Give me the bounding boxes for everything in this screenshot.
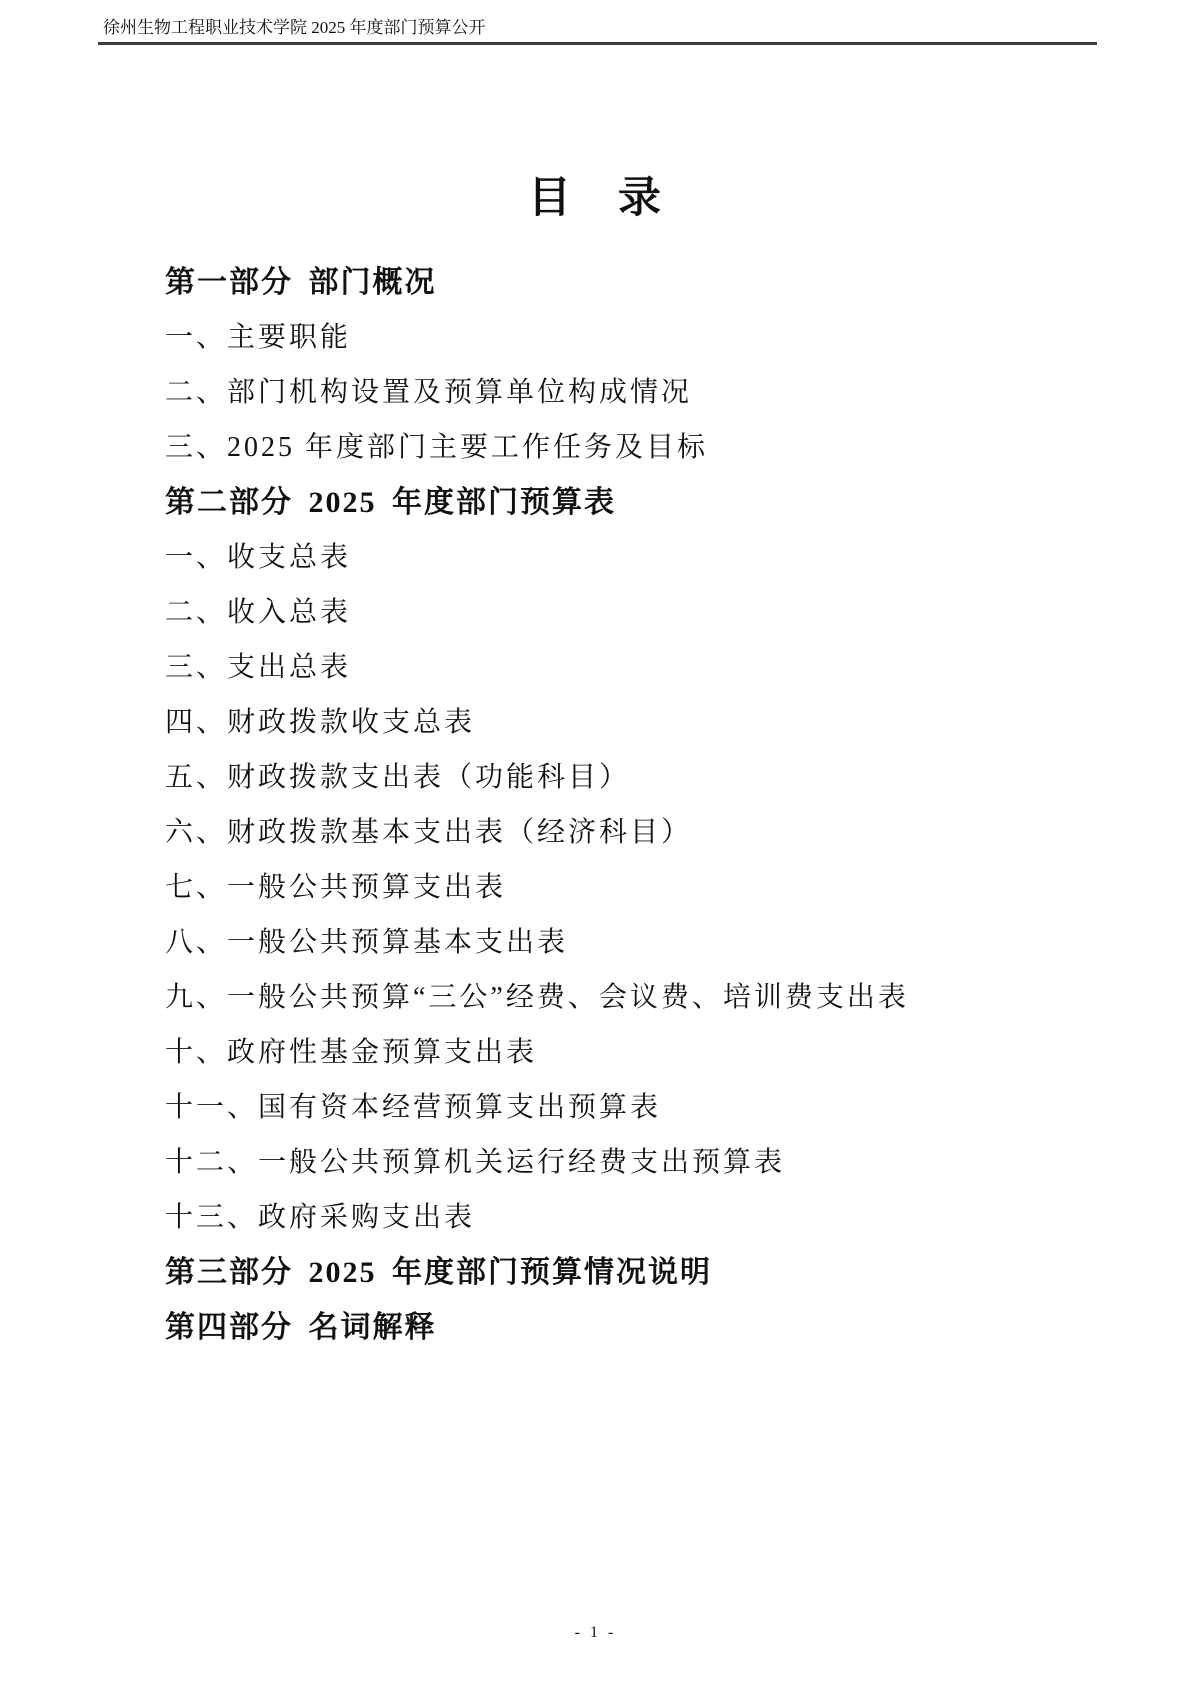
toc-entry: 四、财政拨款收支总表 xyxy=(165,695,1115,750)
toc-entry: 十三、政府采购支出表 xyxy=(165,1190,1115,1245)
toc-section-heading: 第二部分 2025 年度部门预算表 xyxy=(165,475,1115,530)
toc-entry: 七、一般公共预算支出表 xyxy=(165,860,1115,915)
toc-entry: 十、政府性基金预算支出表 xyxy=(165,1025,1115,1080)
toc-entry: 一、主要职能 xyxy=(165,310,1115,365)
toc-entry: 二、部门机构设置及预算单位构成情况 xyxy=(165,365,1115,420)
toc-entry: 九、一般公共预算“三公”经费、会议费、培训费支出表 xyxy=(165,970,1115,1025)
toc-entry: 三、支出总表 xyxy=(165,640,1115,695)
toc-entry: 一、收支总表 xyxy=(165,530,1115,585)
toc-entry: 二、收入总表 xyxy=(165,585,1115,640)
toc-entry: 六、财政拨款基本支出表（经济科目） xyxy=(165,805,1115,860)
toc-entry: 十二、一般公共预算机关运行经费支出预算表 xyxy=(165,1135,1115,1190)
page-footer: - 1 - xyxy=(0,1624,1191,1642)
toc-entry: 三、2025 年度部门主要工作任务及目标 xyxy=(165,420,1115,475)
toc-section-heading: 第一部分 部门概况 xyxy=(165,255,1115,310)
toc-entry: 十一、国有资本经营预算支出预算表 xyxy=(165,1080,1115,1135)
toc-section-heading: 第四部分 名词解释 xyxy=(165,1300,1115,1355)
toc-title: 目 录 xyxy=(0,168,1191,230)
document-page: 徐州生物工程职业技术学院 2025 年度部门预算公开 目 录 第一部分 部门概况… xyxy=(0,0,1191,1684)
page-number: - 1 - xyxy=(575,1624,617,1641)
toc-entry: 五、财政拨款支出表（功能科目） xyxy=(165,750,1115,805)
toc-section-heading: 第三部分 2025 年度部门预算情况说明 xyxy=(165,1245,1115,1300)
toc-entry: 八、一般公共预算基本支出表 xyxy=(165,915,1115,970)
page-header: 徐州生物工程职业技术学院 2025 年度部门预算公开 xyxy=(98,16,1097,45)
toc-list: 第一部分 部门概况一、主要职能二、部门机构设置及预算单位构成情况三、2025 年… xyxy=(165,255,1115,1355)
header-title: 徐州生物工程职业技术学院 2025 年度部门预算公开 xyxy=(103,18,486,37)
